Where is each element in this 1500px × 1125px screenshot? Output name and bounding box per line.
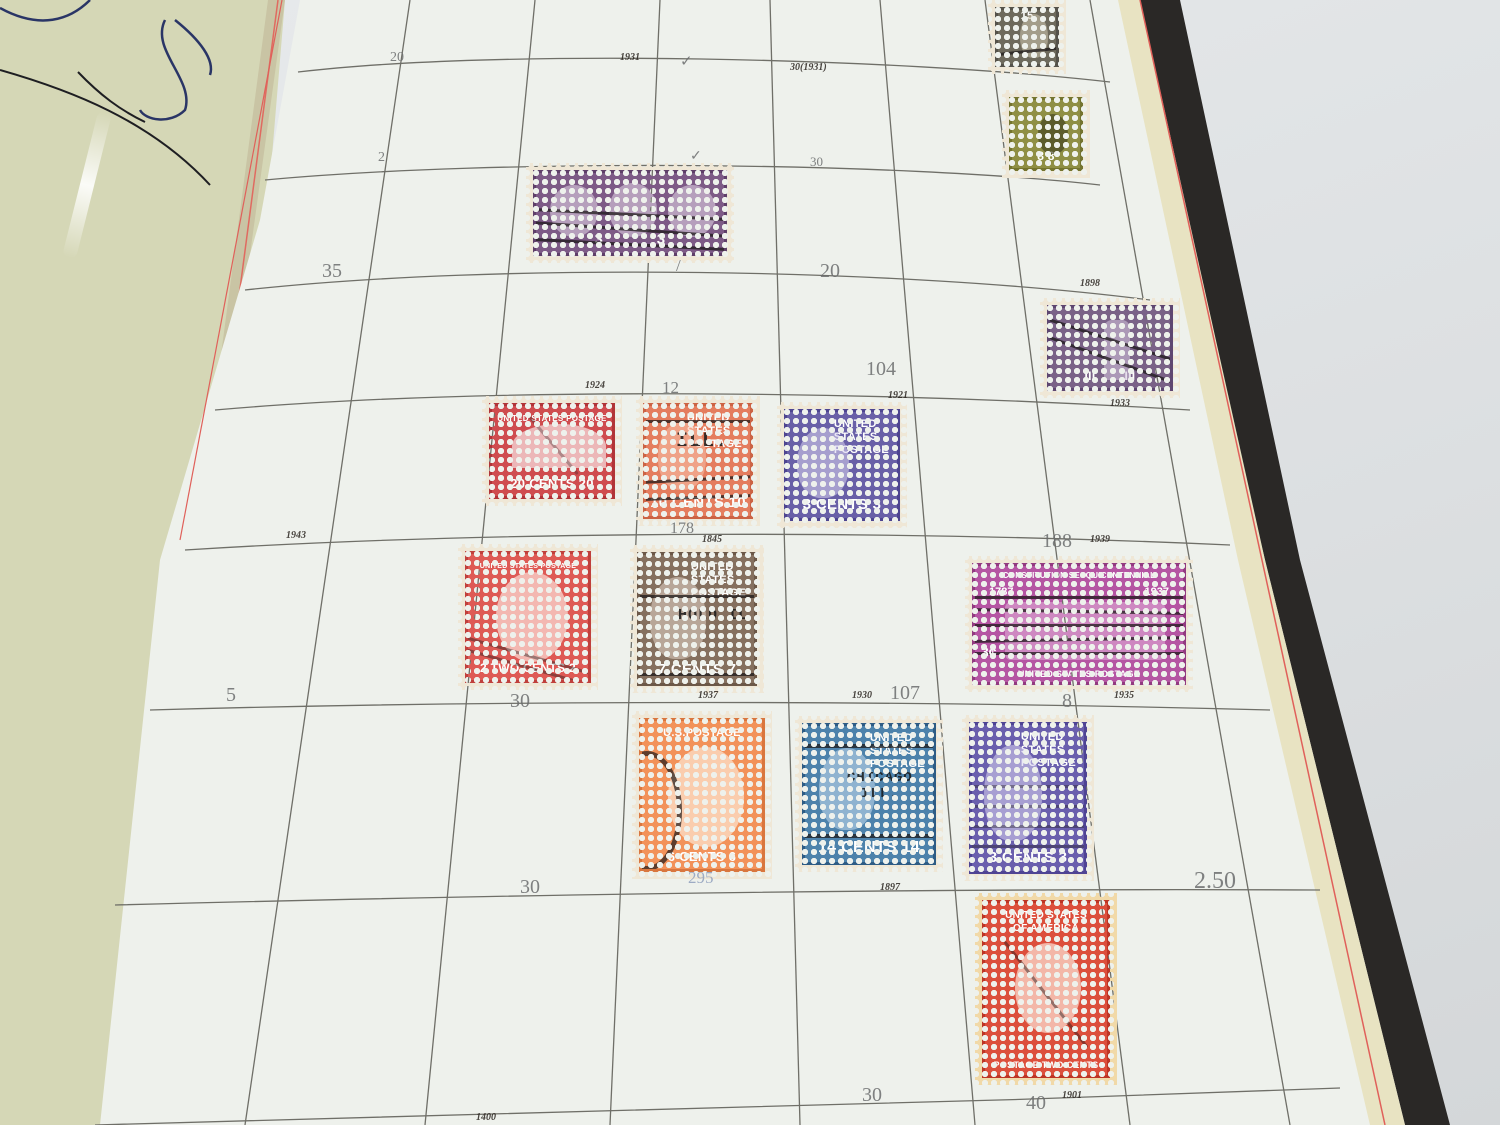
stamp-jefferson-b-label: 3 CENTS 3	[989, 849, 1068, 871]
note-1931-top: 1931	[620, 52, 640, 63]
stamp-jefferson-a-label: 3 CENTS 3	[803, 496, 882, 518]
stamp-jackson-label: 7 CENTS 7	[658, 661, 737, 683]
note-188: 188	[1042, 530, 1072, 553]
note-40: 40	[1026, 1092, 1046, 1115]
note-20-row2: 20	[820, 260, 840, 283]
note-30-row5: 30	[510, 690, 530, 713]
note-30-1931: 30(1931)	[790, 62, 827, 73]
note-20-top: 20	[390, 50, 404, 66]
note-2-50: 2.50	[1194, 868, 1236, 895]
note-1939: 1939	[1090, 534, 1110, 545]
note-1935: 1935	[1114, 690, 1134, 701]
stamp-jefferson-3c-b: UNITED STATES POSTAGE 3 CENTS 3	[962, 715, 1094, 881]
stamp-jackson-7c: HOLD IL UNITED STATES POSTAGE 7 CENTS 7	[630, 545, 764, 693]
stamp-washington-6c-label: 6 CENTS 6	[668, 849, 736, 869]
stamp-tyler-overprint: ILL.	[676, 430, 728, 453]
note-295: 295	[688, 868, 714, 888]
stamp-constitution-label: UNITED STATES POSTAGE	[1018, 669, 1140, 682]
note-1937: 1937	[698, 690, 718, 701]
note-12: 12	[662, 378, 679, 398]
note-35: 35	[322, 260, 342, 283]
stamp-golden-gate-20c: UNITED STATES POSTAGE 20 CENTS 20	[482, 396, 622, 506]
note-1921: 1921	[888, 390, 908, 401]
note-8: 8	[1062, 690, 1072, 713]
stamp-washington-6c: U.S.POSTAGE 6 CENTS 6	[632, 711, 772, 879]
note-1400: 1400	[476, 1112, 496, 1123]
stamp-washington-2c-1903: UNITED STATES OF AMERICA POSTAGE TWO CEN…	[975, 893, 1117, 1085]
stamp-washington-6c-header: U.S.POSTAGE	[663, 721, 741, 740]
stamp-tyler-10c: ILL. UNITED STATES POSTAGE 10 CENTS 10	[636, 396, 760, 526]
stamp-washington-1903-header: UNITED STATES OF AMERICA	[1005, 903, 1087, 935]
stamp-jackson-overprint: HOLD IL	[678, 607, 748, 624]
note-1930: 1930	[852, 690, 872, 701]
note-107: 107	[890, 682, 920, 705]
note-check-mid: ✓	[690, 148, 702, 165]
stamp-grant-8c: 8 8	[1002, 90, 1090, 178]
note-1924: 1924	[585, 380, 605, 391]
stamp-constitution-3c: 1787 1937 3¢ CONSTITUTION SESQUICENTENNI…	[965, 556, 1193, 692]
stamp-golden-gate-label: 20 CENTS 20	[510, 476, 594, 496]
stamp-pierce-header: UNITED STATES POSTAGE	[870, 726, 933, 771]
note-104: 104	[866, 358, 896, 381]
note-30-row6: 30	[520, 876, 540, 899]
stamp-century-progress-3c: III III	[1040, 298, 1180, 398]
stamp-golden-gate-header: UNITED STATES POSTAGE	[497, 406, 606, 425]
stamp-liberty-15c: 15	[988, 0, 1066, 74]
note-30-mid: 30	[810, 154, 823, 170]
stamp-washington-2c-1894: UNITED STATES POSTAGE 2 TWO CENTS 2	[458, 544, 598, 690]
photo-scene: 15 8 8 3 3 III	[0, 0, 1500, 1125]
stamp-constitution-header: CONSTITUTION SESQUICENTENNIAL	[1003, 566, 1156, 582]
note-5: 5	[226, 684, 236, 707]
note-1901: 1901	[1062, 1090, 1082, 1101]
stamp-washington-1903-label: POSTAGE TWO CENTS	[994, 1060, 1099, 1075]
stamp-washington-1894-header: UNITED STATES POSTAGE	[480, 554, 577, 573]
stamp-constitution-year-right: 1937	[1145, 586, 1169, 598]
stamp-pierce-14c: CHICAGO ILL. UNITED STATES POSTAGE 14 CE…	[795, 716, 943, 872]
stamp-pierce-overprint: CHICAGO ILL.	[847, 770, 913, 802]
note-check-top: ✓	[680, 52, 693, 71]
note-1845: 1845	[702, 534, 722, 545]
stamp-pierce-label: 14 CENTS 14	[818, 839, 920, 862]
note-slash-row2: /	[676, 256, 681, 276]
note-1897: 1897	[880, 882, 900, 893]
note-178: 178	[670, 520, 694, 538]
note-30-bottom: 30	[862, 1084, 882, 1107]
note-1943: 1943	[286, 530, 306, 541]
note-2: 2	[378, 150, 385, 166]
note-1898: 1898	[1080, 278, 1100, 289]
stamp-constitution-year-left: 1787	[989, 586, 1013, 598]
stamp-army-issue-3c: 3 3	[526, 163, 734, 263]
stamp-constitution-denomination: 3¢	[981, 644, 997, 660]
stamp-jefferson-3c-a: UNITED STATES POSTAGE 3 CENTS 3	[777, 402, 907, 528]
note-1933: 1933	[1110, 398, 1130, 409]
